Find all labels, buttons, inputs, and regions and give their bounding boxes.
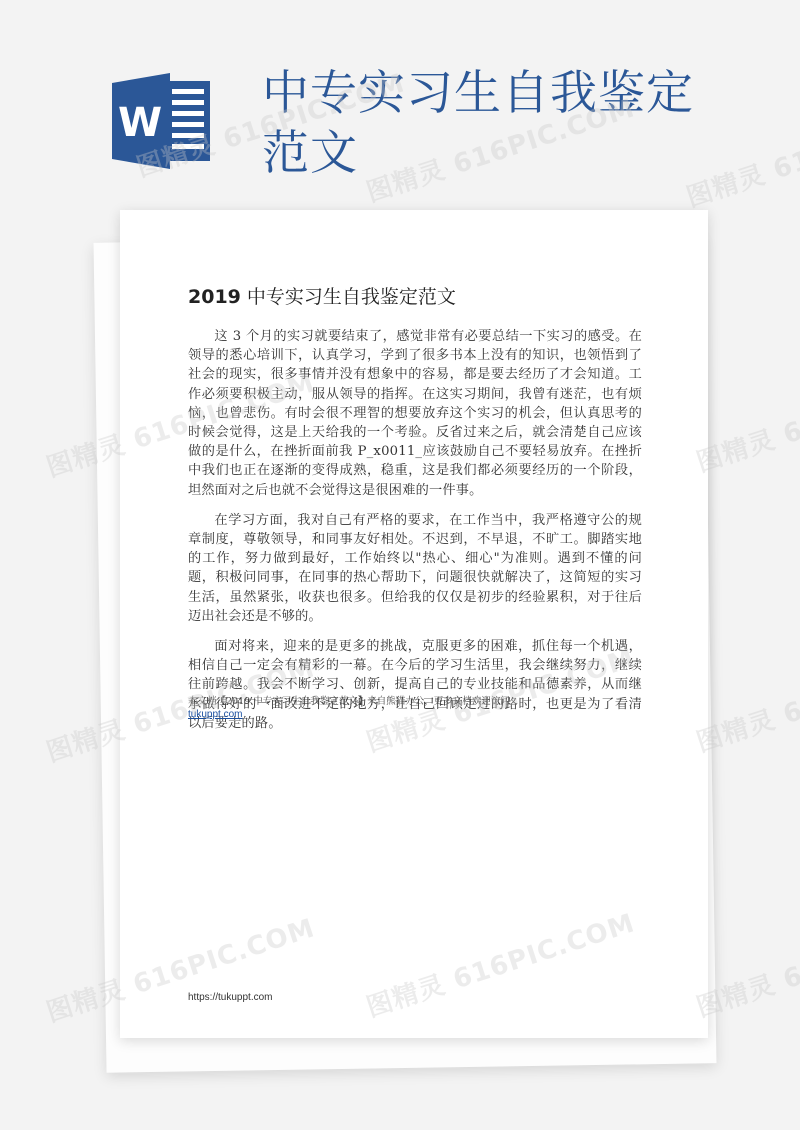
paragraph: 这 3 个月的实习就要结束了，感觉非常有必要总结一下实习的感受。在领导的悉心培训… — [188, 327, 642, 500]
document-page: 2019 中专实习生自我鉴定范文 这 3 个月的实习就要结束了，感觉非常有必要总… — [120, 210, 708, 1038]
document-title-year: 2019 — [188, 286, 241, 308]
source-note-text: 本文档【2019 中专实习生自我鉴定范文】来自熊猫办公，更多文档欢迎访问 — [188, 696, 510, 707]
document-body: 这 3 个月的实习就要结束了，感觉非常有必要总结一下实习的感受。在领导的悉心培训… — [188, 327, 642, 744]
source-link[interactable]: tukuppt.com — [188, 708, 648, 721]
header: W 中专实习生自我鉴定范文 — [0, 0, 800, 200]
svg-text:W: W — [118, 100, 162, 146]
page-footer-url: https://tukuppt.com — [188, 992, 273, 1003]
page-title: 中专实习生自我鉴定范文 — [262, 64, 722, 184]
paragraph: 在学习方面，我对自己有严格的要求，在工作当中，我严格遵守公的规章制度，尊敬领导，… — [188, 511, 642, 626]
source-note: 本文档【2019 中专实习生自我鉴定范文】来自熊猫办公，更多文档欢迎访问 tuk… — [188, 695, 648, 721]
document-title: 2019 中专实习生自我鉴定范文 — [188, 282, 456, 309]
document-title-text: 中专实习生自我鉴定范文 — [241, 286, 456, 308]
word-document-icon: W — [112, 73, 212, 169]
